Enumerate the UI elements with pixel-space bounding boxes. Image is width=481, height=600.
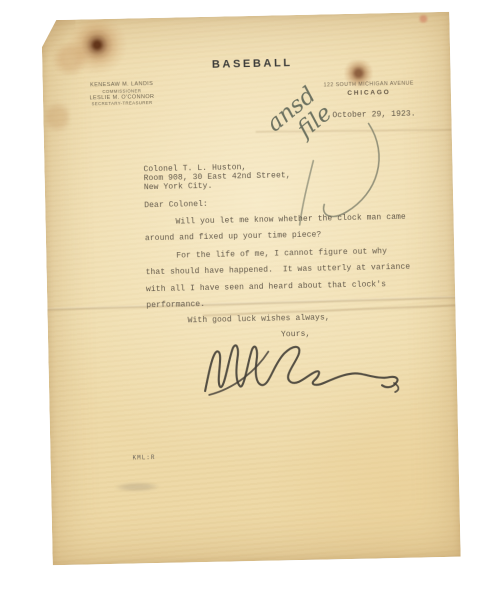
crease-line: [43, 296, 467, 312]
scanned-letter-photo: BASEBALL KENESAW M. LANDIS COMMISSIONER …: [0, 0, 481, 600]
letterhead-officials: KENESAW M. LANDIS COMMISSIONER LESLIE M.…: [85, 81, 160, 108]
body-line: performance.: [146, 300, 205, 310]
letterhead-address: 122 SOUTH MICHIGAN AVENUE CHICAGO: [309, 80, 429, 98]
city: CHICAGO: [309, 88, 429, 98]
salutation: Dear Colonel:: [144, 200, 208, 210]
street-address: 122 SOUTH MICHIGAN AVENUE: [309, 80, 429, 89]
body-line: For the life of me, I cannot figure out …: [176, 247, 387, 260]
secretary-role: SECRETARY-TREASURER: [85, 100, 159, 107]
typist-initials: KML:R: [132, 454, 155, 461]
body-line: with all I have seen and heard about tha…: [146, 280, 386, 294]
red-speck: [417, 14, 429, 23]
faint-pencil-smudge: [115, 482, 159, 492]
paper-sheet: BASEBALL KENESAW M. LANDIS COMMISSIONER …: [41, 12, 460, 565]
closing-line: With good luck wishes always,: [188, 313, 330, 325]
body-line: around and fixed up your time piece?: [145, 231, 322, 244]
edge-smudge: [45, 100, 70, 134]
body-line: that should have happened. It was utterl…: [146, 263, 411, 278]
landis-signature-icon: [198, 333, 414, 401]
recipient-city: New York City.: [144, 182, 213, 192]
